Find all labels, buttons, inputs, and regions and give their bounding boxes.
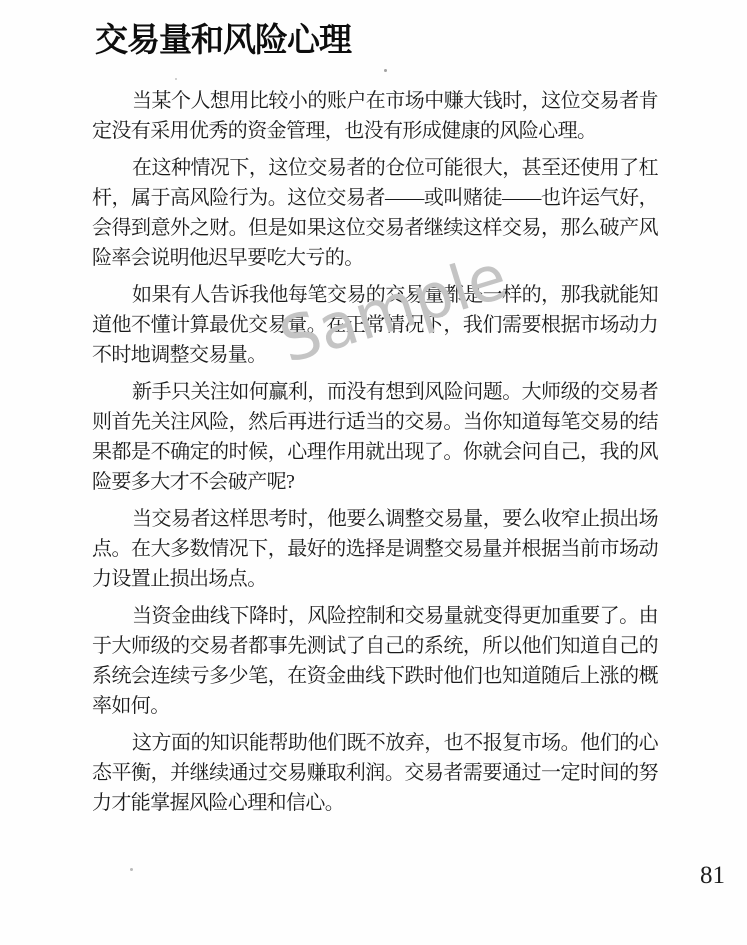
scan-speck: [130, 868, 133, 871]
scan-speck: [384, 69, 387, 72]
paragraph: 当交易者这样思考时，他要么调整交易量，要么收窄止损出场点。在大多数情况下，最好的…: [92, 504, 658, 594]
paragraph: 当资金曲线下降时，风险控制和交易量就变得更加重要了。由于大师级的交易者都事先测试…: [92, 601, 658, 721]
paragraph: 如果有人告诉我他每笔交易的交易量都是一样的，那我就能知道他不懂计算最优交易量。在…: [92, 280, 658, 370]
page-number: 81: [700, 862, 725, 890]
scan-speck: [175, 78, 177, 80]
page-title: 交易量和风险心理: [95, 22, 351, 60]
paragraph: 在这种情况下，这位交易者的仓位可能很大，甚至还使用了杠杆，属于高风险行为。这位交…: [92, 153, 658, 273]
paragraph: 新手只关注如何赢利，而没有想到风险问题。大师级的交易者则首先关注风险，然后再进行…: [92, 377, 658, 497]
book-page: 交易量和风险心理 当某个人想用比较小的账户在市场中赚大钱时，这位交易者肯定没有采…: [0, 0, 747, 945]
body-text: 当某个人想用比较小的账户在市场中赚大钱时，这位交易者肯定没有采用优秀的资金管理，…: [92, 86, 658, 825]
paragraph: 这方面的知识能帮助他们既不放弃，也不报复市场。他们的心态平衡，并继续通过交易赚取…: [92, 728, 658, 818]
paragraph: 当某个人想用比较小的账户在市场中赚大钱时，这位交易者肯定没有采用优秀的资金管理，…: [92, 86, 658, 146]
